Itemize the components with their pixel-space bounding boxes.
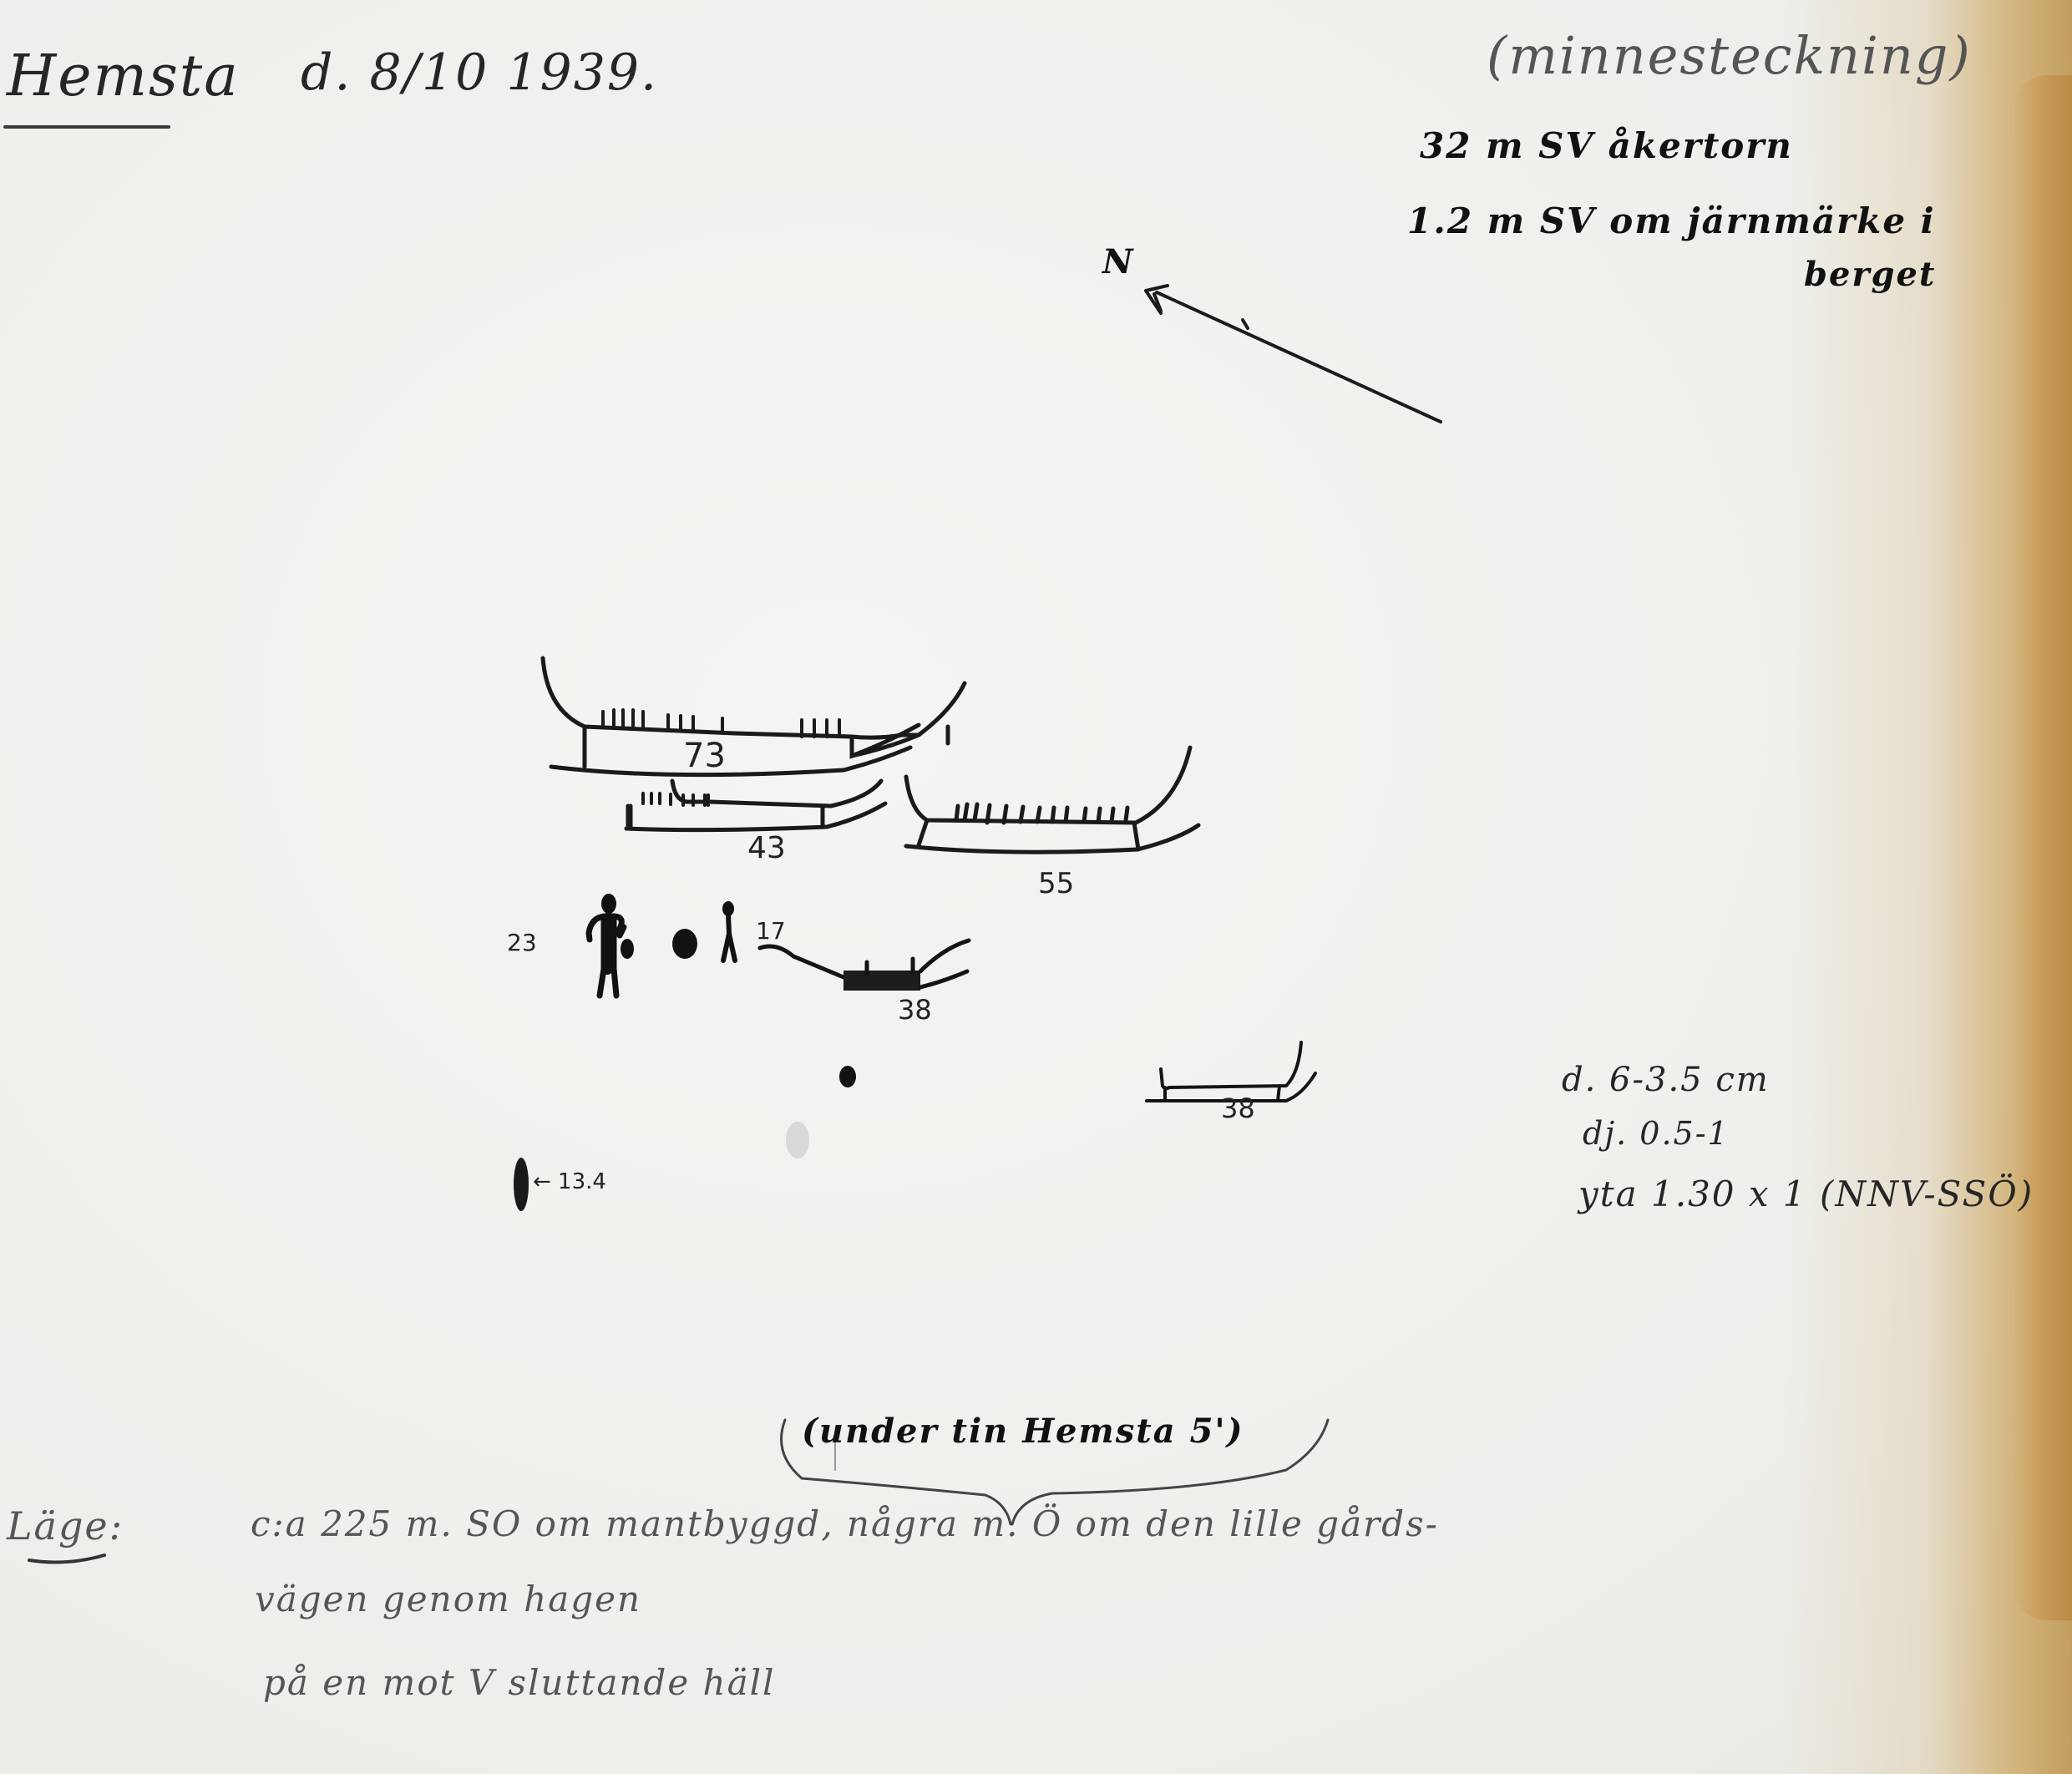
faint-mark [786,1122,809,1158]
human-figure-17-sketch [722,901,735,960]
ship-label-55: 55 [1038,867,1074,900]
ship-73-sketch [543,658,965,775]
cup-mark-2 [839,1066,856,1087]
lage-line-2: vägen genom hagen [255,1579,641,1619]
measurement-depth: dj. 0.5-1 [1583,1115,1730,1152]
lage-underline [29,1555,104,1562]
oval-mark-label: ← 13.4 [533,1169,606,1194]
measurement-diameter: d. 6-3.5 cm [1562,1061,1770,1099]
ship-label-73: 73 [683,737,726,775]
ship-label-38b: 38 [1221,1092,1255,1124]
lage-label: Läge: [7,1503,124,1548]
human-figure-23-sketch [589,894,634,996]
ship-label-43: 43 [747,831,786,865]
ship-38a-sketch [760,940,969,991]
lage-line-3: på en mot V sluttande häll [263,1662,775,1703]
ship-43-sketch [626,781,885,830]
lage-line-1: c:a 225 m. SO om mantbyggd, några m. Ö o… [251,1503,1439,1544]
insert-note: (under tin Hemsta 5') [802,1412,1244,1451]
figure-label-17: 17 [756,917,786,945]
ship-55-sketch [906,727,1198,852]
cup-mark-1 [672,929,697,959]
figure-label-23: 23 [507,929,537,956]
ship-label-38a: 38 [898,994,932,1026]
measurement-surface: yta 1.30 x 1 (NNV-SSÖ) [1578,1173,2034,1214]
oval-mark [514,1158,529,1211]
north-arrow-icon [1146,286,1441,422]
